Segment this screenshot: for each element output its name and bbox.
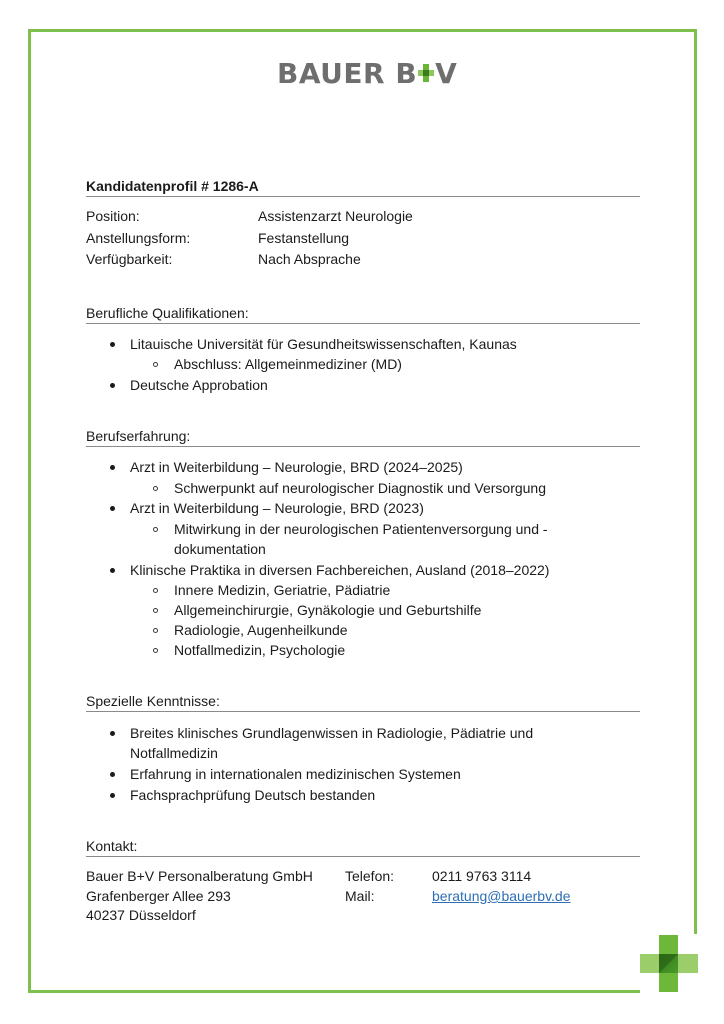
list-item: Klinische Praktika in diversen Fachberei…	[130, 561, 549, 579]
logo-text-part1: BAUER B	[277, 57, 417, 90]
bullet-icon	[110, 731, 115, 736]
bullet-icon	[110, 342, 115, 347]
field-value-availability: Nach Absprache	[258, 250, 361, 268]
mail-label: Mail:	[345, 887, 375, 905]
bullet-icon	[110, 772, 115, 777]
skills-heading: Spezielle Kenntnisse:	[86, 692, 220, 710]
bullet-icon	[110, 506, 115, 511]
list-item: Breites klinisches Grundlagenwissen in R…	[130, 724, 533, 742]
mail-link[interactable]: beratung@bauerbv.de	[432, 887, 571, 905]
frame-border-top	[28, 29, 697, 32]
experience-heading: Berufserfahrung:	[86, 427, 190, 445]
list-item: Arzt in Weiterbildung – Neurologie, BRD …	[130, 499, 424, 517]
section-divider	[86, 446, 640, 447]
contact-city: 40237 Düsseldorf	[86, 906, 196, 924]
sub-list-item: Radiologie, Augenheilkunde	[174, 621, 348, 639]
contact-street: Grafenberger Allee 293	[86, 887, 231, 905]
list-item: Deutsche Approbation	[130, 376, 268, 394]
section-divider	[86, 711, 640, 712]
sub-list-item: Mitwirkung in der neurologischen Patient…	[174, 520, 548, 538]
field-label-position: Position:	[86, 207, 140, 225]
section-divider	[86, 196, 640, 197]
bullet-icon	[110, 465, 115, 470]
bullet-icon	[110, 383, 115, 388]
sub-list-item: Allgemeinchirurgie, Gynäkologie und Gebu…	[174, 601, 481, 619]
field-value-position: Assistenzarzt Neurologie	[258, 207, 413, 225]
sub-list-item-continuation: dokumentation	[174, 540, 266, 558]
frame-border-right	[694, 29, 697, 934]
sub-list-item: Notfallmedizin, Psychologie	[174, 641, 345, 659]
field-label-availability: Verfügbarkeit:	[86, 250, 172, 268]
logo-text-part2: V	[435, 57, 457, 90]
corner-plus-icon	[640, 935, 698, 992]
sub-bullet-icon	[153, 628, 158, 633]
company-logo: BAUER B V	[277, 56, 457, 90]
bullet-icon	[110, 793, 115, 798]
qualifications-heading: Berufliche Qualifikationen:	[86, 304, 249, 322]
sub-list-item: Schwerpunkt auf neurologischer Diagnosti…	[174, 479, 546, 497]
list-item: Arzt in Weiterbildung – Neurologie, BRD …	[130, 458, 463, 476]
field-label-employment: Anstellungsform:	[86, 229, 190, 247]
sub-bullet-icon	[153, 588, 158, 593]
sub-bullet-icon	[153, 486, 158, 491]
list-item: Fachsprachprüfung Deutsch bestanden	[130, 786, 375, 804]
field-value-employment: Festanstellung	[258, 229, 349, 247]
section-divider	[86, 323, 640, 324]
list-item: Litauische Universität für Gesundheitswi…	[130, 335, 517, 353]
sub-bullet-icon	[153, 527, 158, 532]
section-divider	[86, 856, 640, 857]
list-item: Erfahrung in internationalen medizinisch…	[130, 765, 461, 783]
sub-list-item: Innere Medizin, Geriatrie, Pädiatrie	[174, 581, 390, 599]
sub-list-item: Abschluss: Allgemeinmediziner (MD)	[174, 355, 402, 373]
contact-heading: Kontakt:	[86, 837, 137, 855]
phone-number: 0211 9763 3114	[432, 867, 531, 885]
frame-border-left	[28, 29, 31, 993]
sub-bullet-icon	[153, 648, 158, 653]
frame-border-bottom	[28, 990, 640, 993]
list-item-continuation: Notfallmedizin	[130, 744, 218, 762]
bullet-icon	[110, 568, 115, 573]
profile-title: Kandidatenprofil # 1286-A	[86, 177, 259, 195]
sub-bullet-icon	[153, 362, 158, 367]
phone-label: Telefon:	[345, 867, 394, 885]
contact-company: Bauer B+V Personalberatung GmbH	[86, 867, 313, 885]
green-plus-icon	[418, 64, 434, 82]
sub-bullet-icon	[153, 608, 158, 613]
